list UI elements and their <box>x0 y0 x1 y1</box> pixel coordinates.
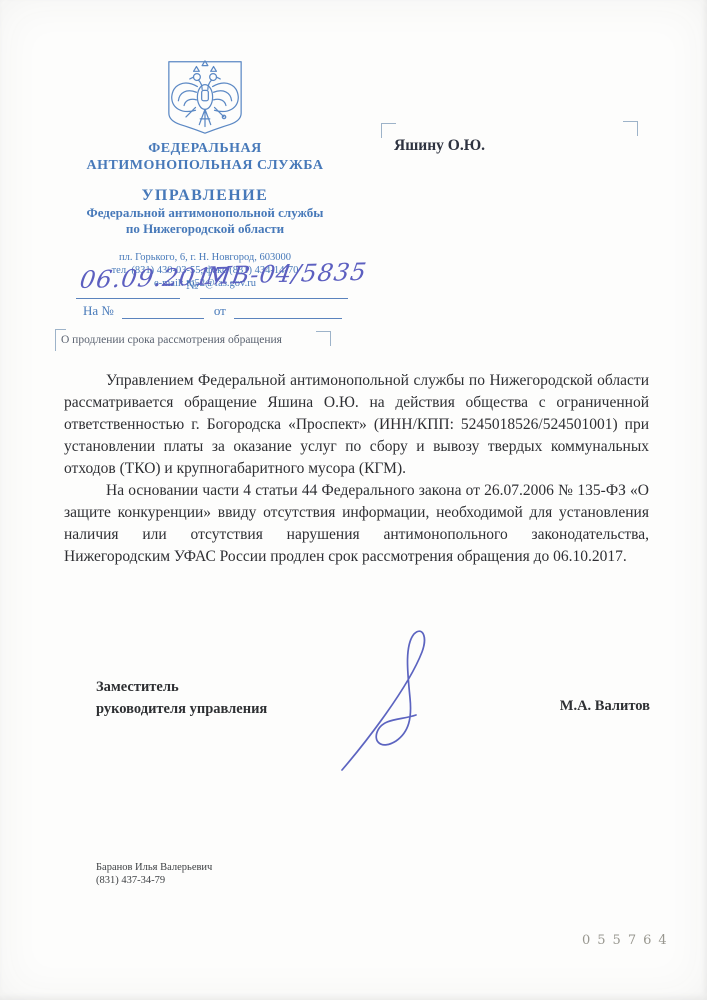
reply-prefix: На № <box>83 303 114 318</box>
subject-line: О продлении срока рассмотрения обращения <box>61 334 282 346</box>
reply-date-blank <box>234 305 342 319</box>
org-name-line2: АНТИМОНОПОЛЬНАЯ СЛУЖБА <box>48 157 362 174</box>
letterhead: ФЕДЕРАЛЬНАЯ АНТИМОНОПОЛЬНАЯ СЛУЖБА УПРАВ… <box>48 58 362 290</box>
org-name-line1: ФЕДЕРАЛЬНАЯ <box>48 140 362 157</box>
stamped-serial-number: 055764 <box>582 933 674 948</box>
handwritten-outgoing-number: МВ-04/5835 <box>204 258 369 290</box>
addressee-corner-topleft <box>381 123 396 138</box>
executor-name: Баранов Илья Валерьевич <box>96 861 212 874</box>
division-name-line2: по Нижегородской области <box>48 221 362 237</box>
body-paragraph-2: На основании части 4 статьи 44 Федеральн… <box>64 480 649 568</box>
division-title: УПРАВЛЕНИЕ <box>48 186 362 205</box>
coat-of-arms-icon <box>157 58 253 136</box>
number-underline <box>200 298 348 299</box>
addressee-corner-topright <box>623 121 638 136</box>
signer-position-line2: руководителя управления <box>96 698 267 720</box>
signature-icon <box>322 618 482 783</box>
signer-name: М.А. Валитов <box>560 698 650 715</box>
signer-position-line1: Заместитель <box>96 676 267 698</box>
number-sign: № <box>186 277 198 293</box>
date-underline <box>76 298 180 299</box>
addressee-name: Яшину О.Ю. <box>394 137 485 155</box>
letter-body: Управлением Федеральной антимонопольной … <box>64 370 649 568</box>
executor-phone: (831) 437-34-79 <box>96 874 212 887</box>
signer-position: Заместитель руководителя управления <box>96 676 267 720</box>
executor-info: Баранов Илья Валерьевич (831) 437-34-79 <box>96 861 212 887</box>
division-name-line1: Федеральной антимонопольной службы <box>48 205 362 221</box>
scanned-letter-page: ФЕДЕРАЛЬНАЯ АНТИМОНОПОЛЬНАЯ СЛУЖБА УПРАВ… <box>0 0 707 1000</box>
body-paragraph-1: Управлением Федеральной антимонопольной … <box>64 370 649 480</box>
reply-from-label: от <box>214 303 226 318</box>
reply-number-blank <box>122 305 204 319</box>
reply-reference-line: На №от <box>83 303 342 319</box>
subject-corner-topright <box>316 331 331 346</box>
